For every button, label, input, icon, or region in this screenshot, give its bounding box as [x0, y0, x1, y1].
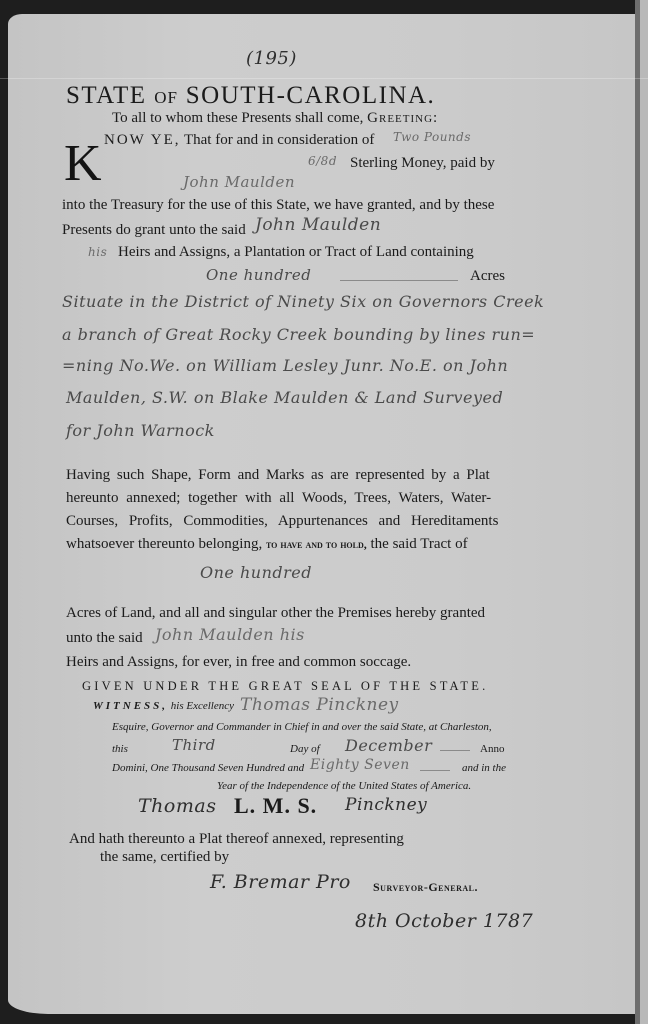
grant-line-printed: Presents do grant unto the said	[62, 223, 246, 238]
sterling-money-text: Sterling Money, paid by	[350, 156, 495, 171]
plat-clause-line: hereunto annexed; together with all Wood…	[66, 491, 491, 506]
handwritten-year: Eighty Seven	[310, 758, 410, 772]
scan-artifact	[0, 78, 648, 79]
document-viewer: (195) STATE OF SOUTH-CAROLINA. To all to…	[0, 0, 648, 1024]
and-in-the-label: and in the	[462, 763, 506, 774]
land-description-line: for John Warnock	[66, 423, 215, 439]
document-title: STATE OF SOUTH-CAROLINA.	[66, 83, 435, 108]
domini-label: Domini, One Thousand Seven Hundred and	[112, 763, 304, 774]
habendum-text-2: the said Tract of	[371, 536, 468, 552]
salutation: To all to whom these Presents shall come…	[112, 111, 438, 126]
handwritten-month: December	[345, 738, 432, 754]
plat-clause-line: Having such Shape, Form and Marks as are…	[66, 468, 490, 483]
handwritten-signature-last: Pinckney	[345, 797, 427, 814]
surveyor-general-title: Surveyor-General.	[373, 881, 478, 893]
witness-line: WITNESS, his Excellency	[93, 701, 234, 712]
title-of: OF	[154, 88, 178, 107]
handwritten-payer: John Maulden	[183, 175, 295, 190]
this-label: this	[112, 744, 128, 755]
handwritten-governor: Thomas Pinckney	[240, 697, 399, 714]
certification-line: And hath thereunto a Plat thereof annexe…	[69, 832, 404, 847]
anno-label: Anno	[480, 744, 504, 755]
habendum-line: whatsoever thereunto belonging, to have …	[66, 537, 468, 552]
premises-grant-printed: unto the said	[66, 631, 143, 646]
handwritten-date: 8th October 1787	[355, 912, 533, 931]
fill-line	[440, 750, 470, 751]
independence-line: Year of the Independence of the United S…	[217, 781, 471, 792]
heirs-assigns-line: Heirs and Assigns, a Plantation or Tract…	[118, 245, 474, 260]
witness-label: WITNESS,	[93, 700, 168, 712]
governor-title: Esquire, Governor and Commander in Chief…	[112, 722, 492, 733]
greeting-text: Greeting:	[367, 110, 438, 126]
great-seal-line: GIVEN UNDER THE GREAT SEAL OF THE STATE.	[82, 680, 488, 693]
handwritten-amount-pence: 6/8d	[308, 155, 337, 167]
handwritten-acreage-2: One hundred	[200, 565, 312, 581]
salutation-text: To all to whom these Presents shall come…	[112, 110, 363, 126]
fill-line	[340, 280, 458, 281]
know-ye: NOW YE,	[104, 132, 181, 148]
acres-label: Acres	[470, 269, 505, 284]
lms-seal-mark: L. M. S.	[234, 795, 317, 817]
land-description-line: Maulden, S.W. on Blake Maulden & Land Su…	[66, 390, 503, 406]
handwritten-acreage: One hundred	[206, 268, 311, 283]
fill-line	[420, 770, 450, 771]
consideration-text: That for and in consideration of	[184, 132, 374, 148]
soccage-line: Heirs and Assigns, for ever, in free and…	[66, 655, 411, 670]
handwritten-amount: Two Pounds	[393, 131, 471, 143]
land-description-line: =ning No.We. on William Lesley Junr. No.…	[62, 358, 508, 374]
handwritten-day: Third	[172, 738, 216, 753]
handwritten-pronoun: his	[88, 246, 107, 258]
land-description-line: a branch of Great Rocky Creek bounding b…	[62, 327, 535, 343]
certification-line: the same, certified by	[100, 850, 229, 865]
handwritten-surveyor: F. Bremar Pro	[210, 873, 351, 892]
handwritten-page-number: (195)	[246, 50, 297, 68]
page-edge	[640, 0, 648, 1024]
land-description-line: Situate in the District of Ninety Six on…	[62, 294, 544, 310]
title-state-name: SOUTH-CAROLINA.	[186, 82, 436, 109]
consideration-line: NOW YE, That for and in consideration of	[104, 133, 374, 148]
excellency-text: his Excellency	[171, 700, 234, 712]
drop-cap: K	[64, 138, 102, 190]
premises-line: Acres of Land, and all and singular othe…	[66, 606, 485, 621]
handwritten-grantee: John Maulden	[255, 217, 381, 234]
day-of-label: Day of	[290, 744, 320, 755]
handwritten-grantee-2: John Maulden his	[155, 627, 305, 643]
handwritten-signature-first: Thomas	[138, 797, 216, 816]
treasury-line: into the Treasury for the use of this St…	[62, 198, 494, 213]
habendum-text: whatsoever thereunto belonging,	[66, 536, 262, 552]
title-state: STATE	[66, 82, 147, 109]
to-have-and-to-hold: to have and to hold,	[266, 537, 367, 551]
plat-clause-line: Courses, Profits, Commodities, Appurtena…	[66, 514, 498, 529]
